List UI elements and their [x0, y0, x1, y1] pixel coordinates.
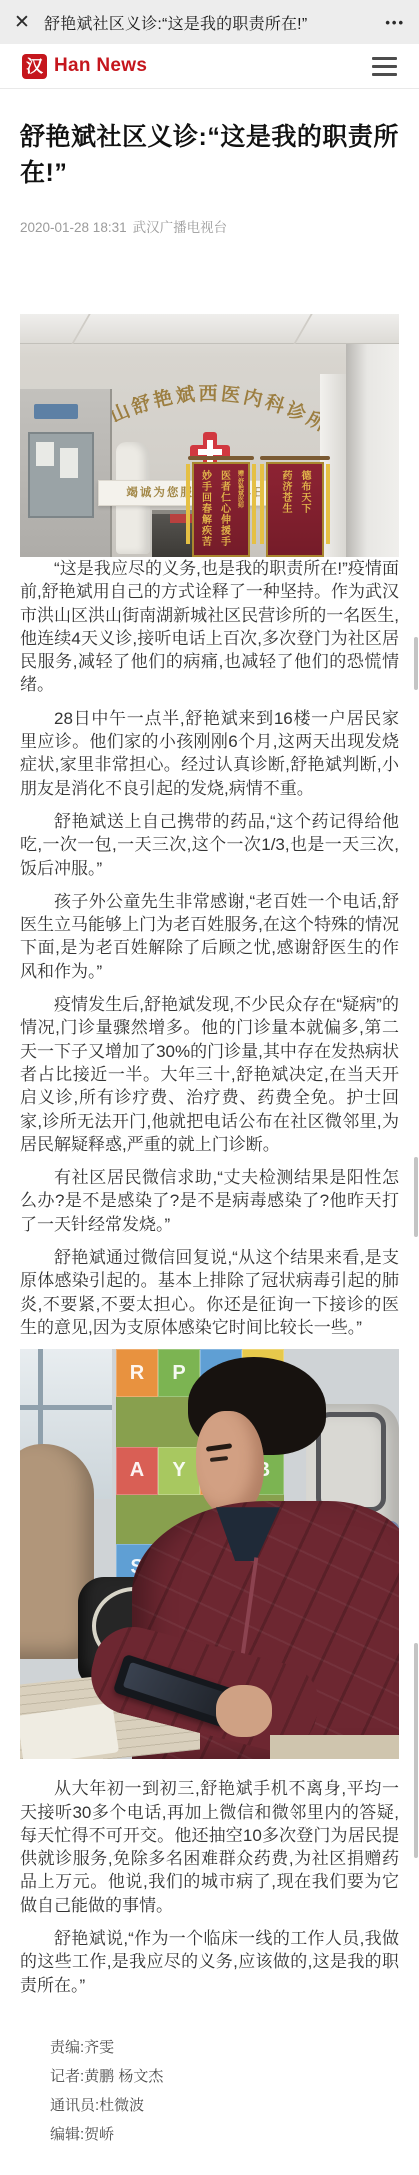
article-credits: 责编:齐雯 记者:黄鹏 杨文杰 通讯员:杜微波 编辑:贺峤: [20, 2033, 399, 2175]
article-page: ✕ 舒艳斌社区义诊:“这是我的职责所在!” ••• 汉 Han News 舒艳斌…: [0, 0, 419, 2175]
article-meta: 2020-01-28 18:31武汉广播电视台: [20, 216, 399, 236]
credit-editor-in-charge: 责编:齐雯: [20, 2033, 399, 2062]
hamburger-menu-icon[interactable]: [372, 53, 397, 80]
svg-text:洪山舒艳斌西医内科诊所: 洪山舒艳斌西医内科诊所: [86, 382, 333, 437]
webview-title: 舒艳斌社区义诊:“这是我的职责所在!”: [44, 11, 385, 34]
banner-dedication: 赠:舒艳斌医师: [236, 470, 245, 555]
pennant-banner-left: 妙手回春解疾苦 医者仁心伸援手 赠:舒艳斌医师: [192, 462, 250, 557]
paragraph: 有社区居民微信求助,“丈夫检测结果是阳性怎么办?是不是感染了?是不是病毒感染了?…: [20, 1166, 399, 1236]
more-menu-icon[interactable]: •••: [385, 15, 405, 30]
paragraph: 疫情发生后,舒艳斌发现,不少民众存在“疑病”的情况,门诊量骤然增多。他的门诊量本…: [20, 993, 399, 1156]
notice-window: [28, 432, 94, 518]
banner-tassel: [186, 464, 190, 544]
paragraph: 28日中午一点半,舒艳斌来到16楼一户居民家里应诊。他们家的小孩刚刚6个月,这两…: [20, 707, 399, 800]
credit-correspondent: 通讯员:杜微波: [20, 2091, 399, 2120]
banner-text: 医者仁心伸援手: [217, 470, 232, 555]
han-logo-text: Han News: [54, 55, 147, 77]
credit-editor: 编辑:贺峤: [20, 2120, 399, 2149]
article-content: 舒艳斌社区义诊:“这是我的职责所在!” 2020-01-28 18:31武汉广播…: [0, 119, 419, 2175]
banner-rod: [188, 456, 254, 460]
banner-tassel: [252, 464, 256, 544]
publish-date: 2020-01-28 18:31: [20, 220, 127, 235]
banner-text: 药济苍生: [278, 470, 293, 555]
pennant-banner-right: 药济苍生 德布天下: [266, 462, 324, 557]
han-logo-icon: 汉: [22, 54, 47, 79]
banner-text: 德布天下: [297, 470, 312, 555]
paragraph: 舒艳斌通过微信回复说,“从这个结果来看,是支原体感染引起的。基本上排除了冠状病毒…: [20, 1246, 399, 1339]
mat-tile: Y: [158, 1447, 200, 1495]
room-sign: [34, 404, 78, 419]
close-icon[interactable]: ✕: [14, 11, 40, 34]
han-news-logo[interactable]: 汉 Han News: [22, 54, 147, 79]
site-header: 汉 Han News: [0, 44, 419, 89]
man-hand: [216, 1685, 272, 1737]
webview-topbar: ✕ 舒艳斌社区义诊:“这是我的职责所在!” •••: [0, 0, 419, 44]
right-wall: [346, 344, 399, 557]
clinic-photo[interactable]: 洪山舒艳斌西医内科诊所 竭诚为您服务 祝您早日康复 妙手回春解疾苦 医者仁心伸援…: [20, 314, 399, 557]
mat-tile: R: [116, 1349, 158, 1397]
banner-text: 妙手回春解疾苦: [198, 470, 213, 555]
banner-tassel: [326, 464, 330, 544]
clinic-sign-text: 洪山舒艳斌西医内科诊所: [86, 382, 333, 437]
paragraph: 舒艳斌说,“作为一个临床一线的工作人员,我做的这些工作,是我应尽的义务,应该做的…: [20, 1927, 399, 1997]
banner-rod: [260, 456, 330, 460]
article-title: 舒艳斌社区义诊:“这是我的职责所在!”: [20, 119, 399, 191]
scrollbar-thumb[interactable]: [414, 1643, 418, 1858]
doctor-photo[interactable]: R P L K A Y Q B S Z N E: [20, 1349, 399, 1759]
scrollbar-thumb[interactable]: [414, 1157, 418, 1237]
banner-tassel: [260, 464, 264, 544]
paragraph: “这是我应尽的义务,也是我的职责所在!”疫情面前,舒艳斌用自己的方式诠释了一种坚…: [20, 557, 399, 697]
paragraph: 孩子外公童先生非常感谢,“老百姓一个电话,舒医生立马能够上门为老百姓服务,在这个…: [20, 890, 399, 983]
credit-reporter: 记者:黄鹏 杨文杰: [20, 2062, 399, 2091]
scrollbar-thumb[interactable]: [414, 637, 418, 690]
mat-tile: A: [116, 1447, 158, 1495]
paragraph: 从大年初一到初三,舒艳斌手机不离身,平均一天接听30多个电话,再加上微信和微邻里…: [20, 1777, 399, 1917]
table-edge: [270, 1735, 399, 1759]
source-name: 武汉广播电视台: [133, 220, 228, 235]
paragraph: 舒艳斌送上自己携带的药品,“这个药记得给他吃,一次一包,一天三次,这个一次1/3…: [20, 810, 399, 880]
